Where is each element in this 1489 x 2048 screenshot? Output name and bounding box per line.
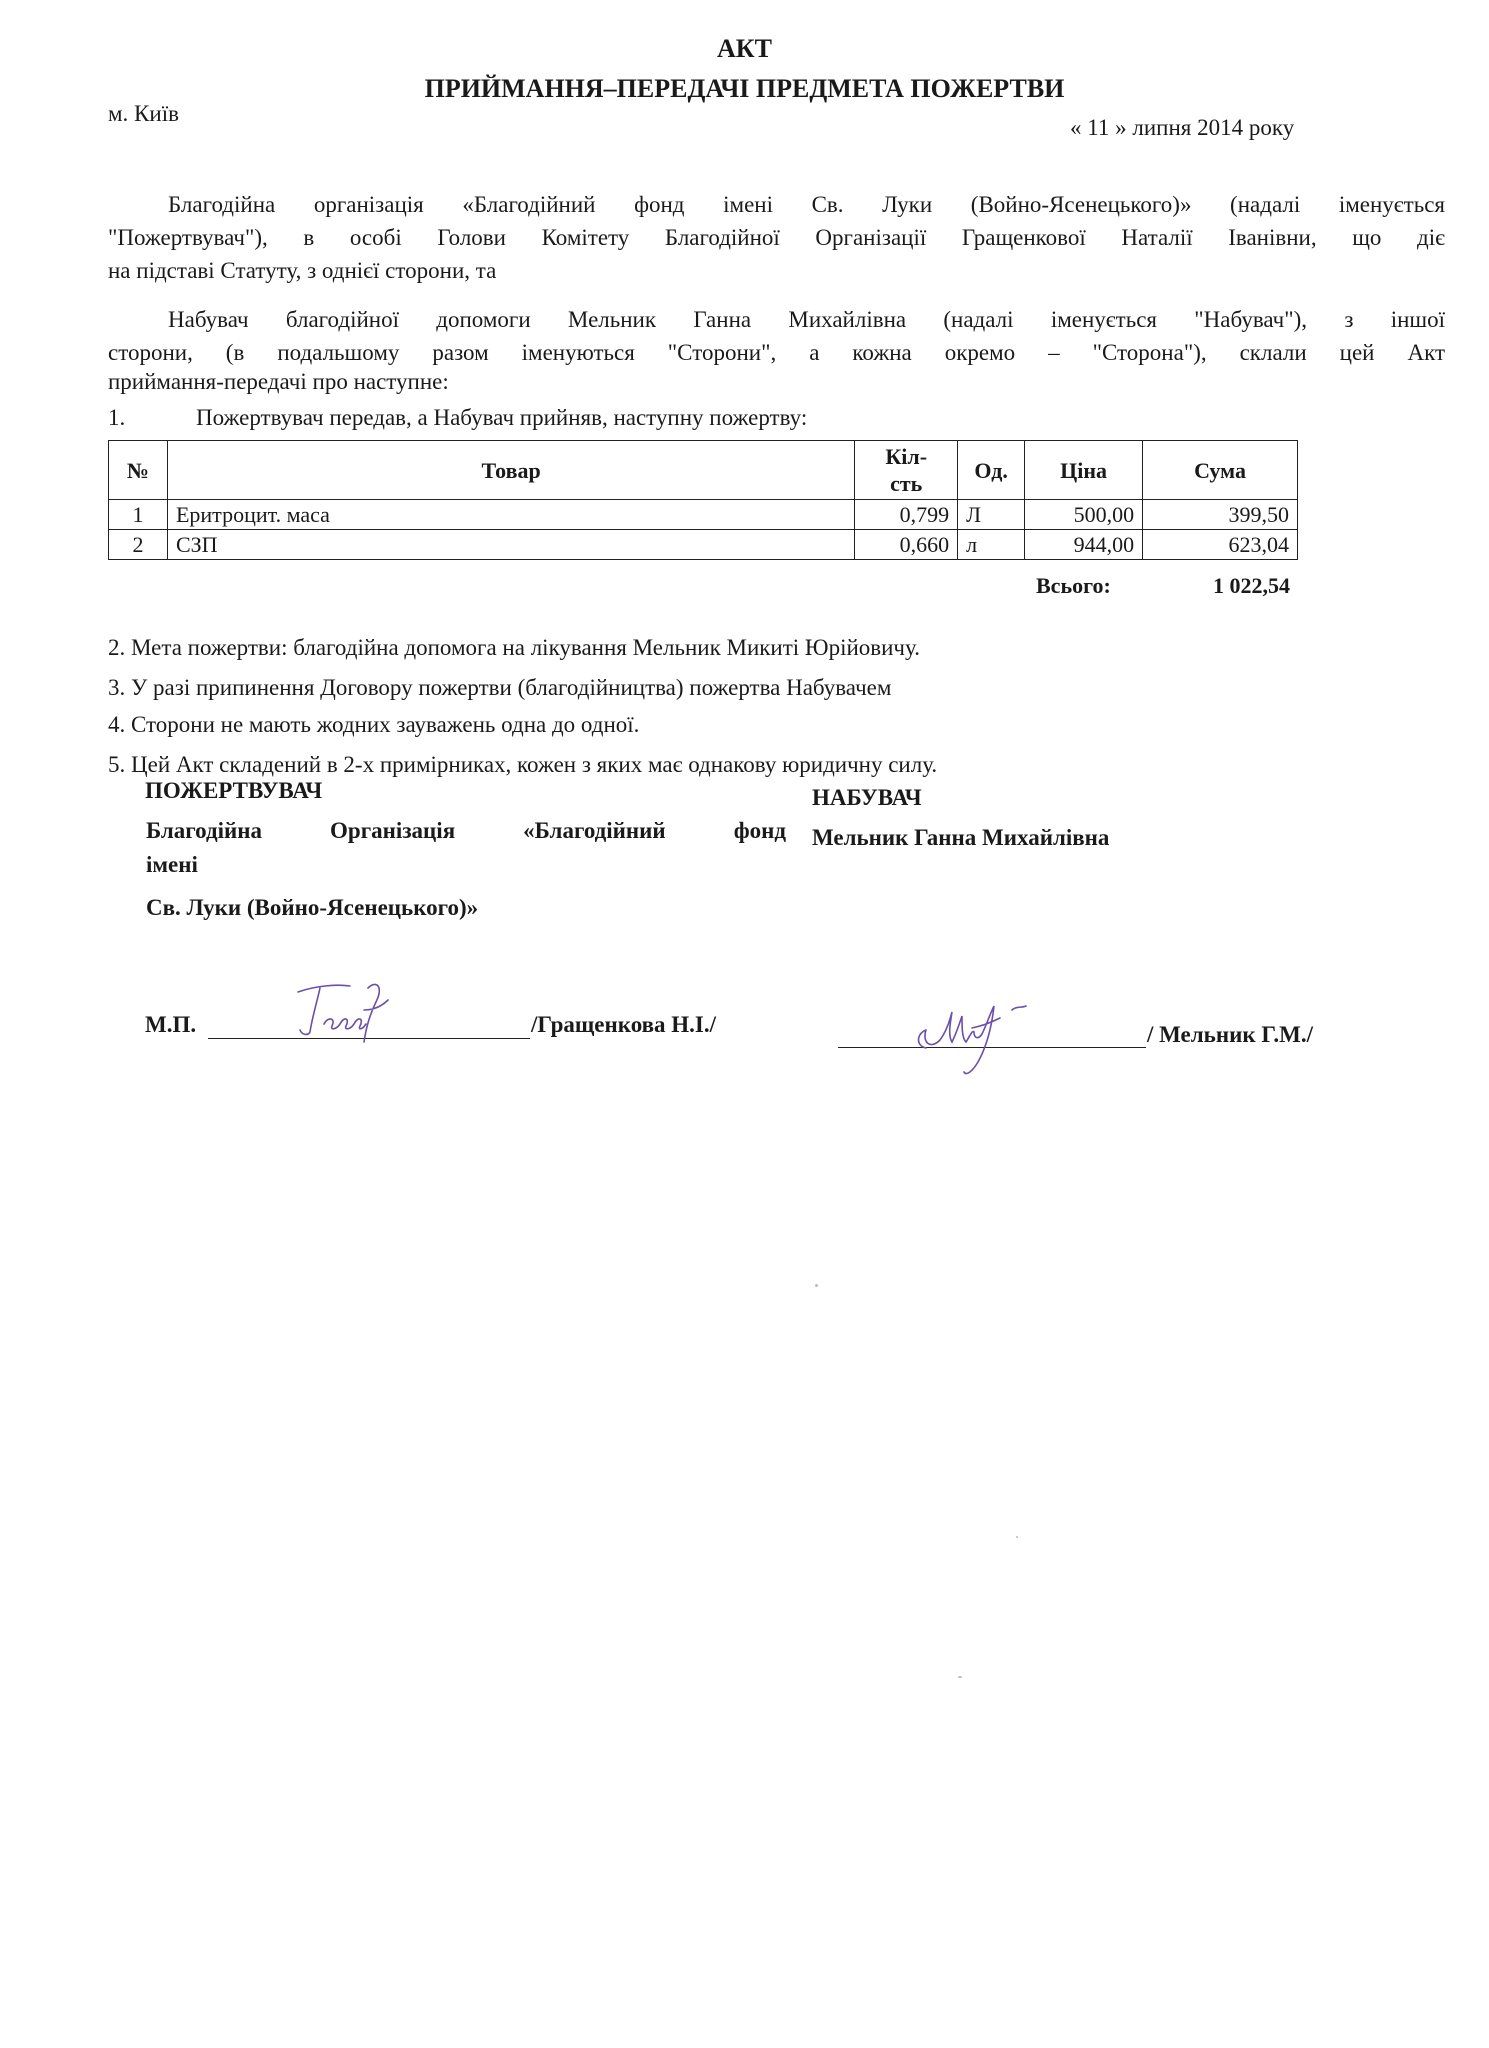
cell-product: СЗП bbox=[167, 530, 854, 560]
intro-paragraph-donor: Благодійна організація «Благодійний фонд… bbox=[108, 188, 1445, 287]
intro-paragraph-recipient: Набувач благодійної допомоги Мельник Ган… bbox=[108, 303, 1445, 395]
document-date: « 11 » липня 2014 року bbox=[1070, 115, 1294, 141]
column-header-quantity-line2: сть bbox=[890, 471, 922, 496]
cell-number: 1 bbox=[109, 500, 168, 530]
table-header-row: № Товар Кіл- сть Од. Ціна Сума bbox=[109, 441, 1298, 500]
cell-sum: 399,50 bbox=[1143, 500, 1298, 530]
clause-1-number: 1. bbox=[108, 405, 125, 431]
column-header-product: Товар bbox=[167, 441, 854, 500]
table-row: 2 СЗП 0,660 л 944,00 623,04 bbox=[109, 530, 1298, 560]
text-line: Набувач благодійної допомоги Мельник Ган… bbox=[108, 303, 1445, 336]
donor-name-line2: імені bbox=[146, 852, 198, 878]
table-row: 1 Еритроцит. маса 0,799 Л 500,00 399,50 bbox=[109, 500, 1298, 530]
donor-signatory-name: /Гращенкова Н.І./ bbox=[531, 1012, 716, 1038]
clause-2: 2. Мета пожертви: благодійна допомога на… bbox=[108, 635, 920, 661]
clause-1-text: Пожертвувач передав, а Набувач прийняв, … bbox=[196, 405, 807, 431]
column-header-number: № bbox=[109, 441, 168, 500]
column-header-unit: Од. bbox=[958, 441, 1025, 500]
city: м. Київ bbox=[108, 101, 179, 127]
cell-unit: Л bbox=[958, 500, 1025, 530]
recipient-signatory-name: / Мельник Г.М./ bbox=[1147, 1022, 1313, 1048]
document-title: АКТ bbox=[0, 34, 1489, 64]
column-header-quantity: Кіл- сть bbox=[855, 441, 958, 500]
donor-signature-icon bbox=[290, 980, 400, 1045]
donor-name-line3: Св. Луки (Войно-Ясенецького)» bbox=[146, 895, 478, 921]
clause-4: 4. Сторони не мають жодних зауважень одн… bbox=[108, 712, 639, 738]
text-line: "Пожертвувач"), в особі Голови Комітету … bbox=[108, 221, 1445, 254]
column-header-sum: Сума bbox=[1143, 441, 1298, 500]
cell-quantity: 0,799 bbox=[855, 500, 958, 530]
cell-number: 2 bbox=[109, 530, 168, 560]
text-line: приймання-передачі про наступне: bbox=[108, 369, 1445, 395]
recipient-role: НАБУВАЧ bbox=[812, 785, 922, 811]
cell-quantity: 0,660 bbox=[855, 530, 958, 560]
scan-artifact bbox=[1016, 1536, 1018, 1538]
text-line: сторони, (в подальшому разом іменуються … bbox=[108, 336, 1445, 369]
recipient-signature-icon bbox=[912, 990, 1052, 1080]
recipient-name: Мельник Ганна Михайлівна bbox=[812, 825, 1109, 851]
total-value: 1 022,54 bbox=[1190, 573, 1290, 599]
scan-artifact bbox=[815, 1284, 818, 1287]
column-header-price: Ціна bbox=[1025, 441, 1143, 500]
clause-5: 5. Цей Акт складений в 2-х примірниках, … bbox=[108, 752, 937, 778]
scan-artifact bbox=[958, 1676, 962, 1678]
donor-role: ПОЖЕРТВУВАЧ bbox=[145, 778, 322, 804]
text-line: Благодійна організація «Благодійний фонд… bbox=[108, 188, 1445, 221]
cell-unit: л bbox=[958, 530, 1025, 560]
stamp-label: М.П. bbox=[145, 1012, 196, 1038]
cell-sum: 623,04 bbox=[1143, 530, 1298, 560]
document-subtitle: ПРИЙМАННЯ–ПЕРЕДАЧІ ПРЕДМЕТА ПОЖЕРТВИ bbox=[0, 74, 1489, 104]
cell-price: 500,00 bbox=[1025, 500, 1143, 530]
clause-3: 3. У разі припинення Договору пожертви (… bbox=[108, 675, 891, 701]
donor-name-line1: Благодійна Організація «Благодійний фонд bbox=[146, 818, 786, 844]
cell-price: 944,00 bbox=[1025, 530, 1143, 560]
cell-product: Еритроцит. маса bbox=[167, 500, 854, 530]
text-line: на підставі Статуту, з однієї сторони, т… bbox=[108, 254, 1445, 287]
column-header-quantity-line1: Кіл- bbox=[885, 444, 927, 469]
total-label: Всього: bbox=[1036, 573, 1111, 599]
donation-items-table: № Товар Кіл- сть Од. Ціна Сума 1 Еритроц… bbox=[108, 440, 1298, 560]
